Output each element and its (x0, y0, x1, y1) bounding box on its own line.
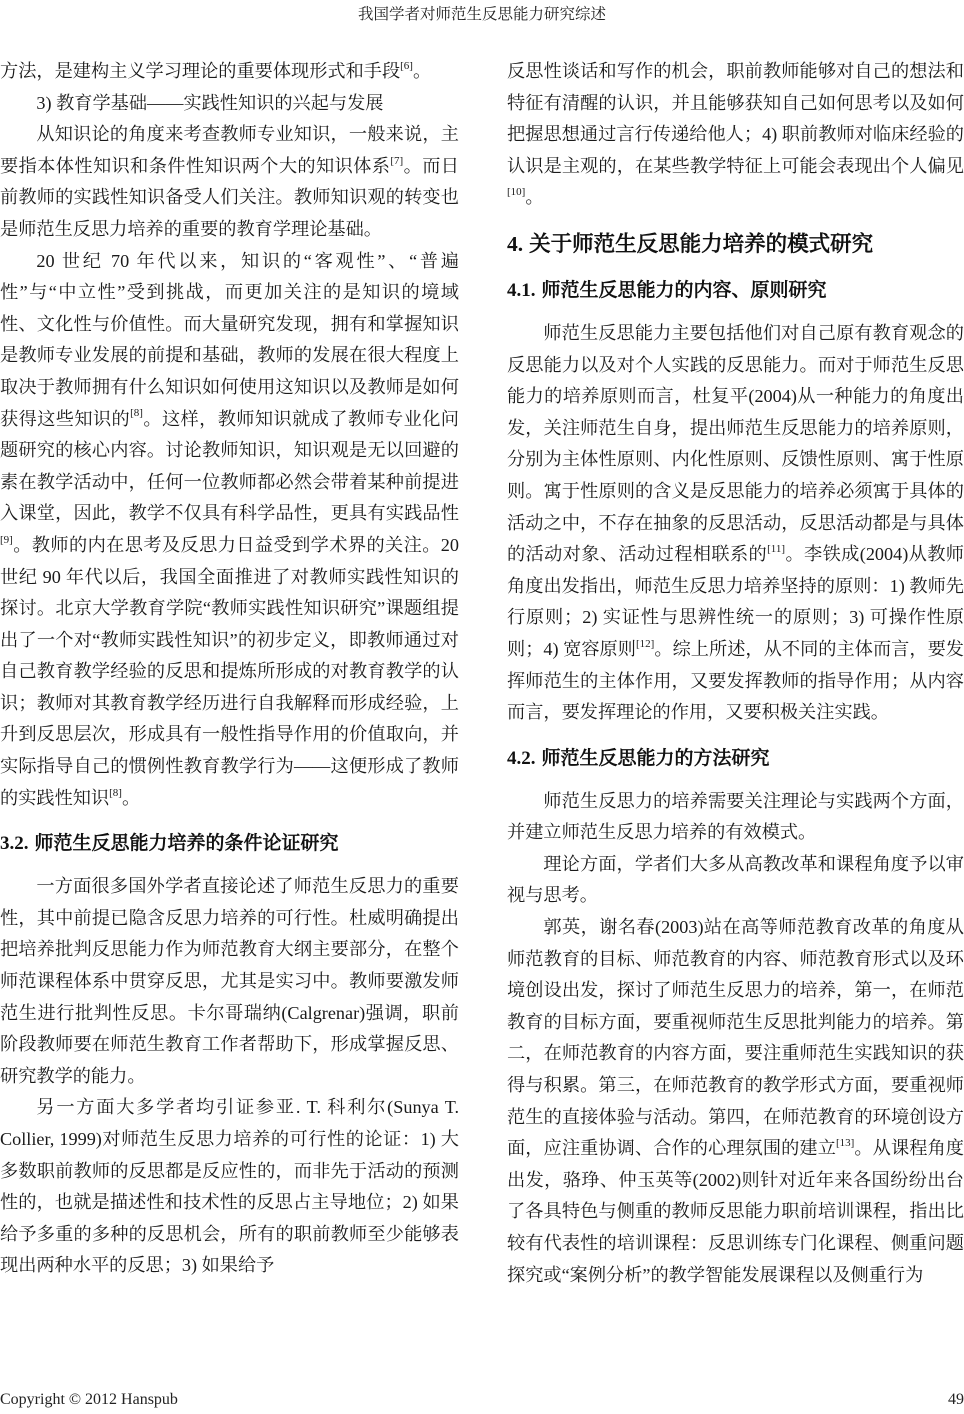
paragraph-text: 。 (525, 187, 543, 207)
section-title: 师范生反思能力的内容、原则研究 (542, 279, 827, 301)
section-heading-4-2: 4.2.师范生反思能力的方法研究 (507, 743, 964, 774)
page-number: 49 (948, 1391, 964, 1409)
section-heading-4: 4.关于师范生反思能力培养的模式研究 (507, 228, 964, 261)
citation-ref[interactable]: [10] (507, 186, 525, 198)
paragraph-text: 师范生反思能力主要包括他们对自己原有教育观念的反思能力以及对个人实践的反思能力。… (507, 323, 964, 564)
copyright-notice: Copyright © 2012 Hanspub (0, 1391, 178, 1409)
paragraph: 师范生反思能力主要包括他们对自己原有教育观念的反思能力以及对个人实践的反思能力。… (507, 318, 964, 729)
subsection-item-heading: 3) 教育学基础——实践性知识的兴起与发展 (0, 88, 459, 120)
paragraph: 师范生反思力的培养需要关注理论与实践两个方面，并建立师范生反思力培养的有效模式。 (507, 786, 964, 849)
citation-ref[interactable]: [8] (130, 407, 143, 419)
citation-ref[interactable]: [7] (390, 155, 403, 167)
paragraph-text: 反思性谈话和写作的机会，职前教师能够对自己的想法和特征有清醒的认识，并且能够获知… (507, 61, 964, 176)
paragraph-text: 从知识论的角度来考查教师专业知识，一般来说，主要指本体性知识和条件性知识两个大的… (0, 124, 459, 176)
left-column: 方法，是建构主义学习理论的重要体现形式和手段[6]。 3) 教育学基础——实践性… (0, 56, 459, 1282)
section-number: 4.1. (507, 280, 536, 301)
section-number: 4. (507, 232, 523, 256)
section-heading-4-1: 4.1.师范生反思能力的内容、原则研究 (507, 275, 964, 306)
citation-ref[interactable]: [9] (0, 534, 13, 546)
citation-ref[interactable]: [11] (767, 543, 785, 555)
citation-ref[interactable]: [6] (400, 60, 413, 72)
paragraph-text: 郭英，谢名春(2003)站在高等师范教育改革的角度从师范教育的目标、师范教育的内… (507, 917, 964, 1158)
right-column: 反思性谈话和写作的机会，职前教师能够对自己的想法和特征有清醒的认识，并且能够获知… (507, 56, 964, 1291)
paragraph: 郭英，谢名春(2003)站在高等师范教育改革的角度从师范教育的目标、师范教育的内… (507, 912, 964, 1291)
section-heading-3-2: 3.2.师范生反思能力培养的条件论证研究 (0, 828, 459, 859)
section-title: 师范生反思能力培养的条件论证研究 (35, 832, 339, 854)
paragraph-text: 。 (413, 61, 431, 81)
paragraph: 另一方面大多学者均引证参亚. T. 科利尔(Sunya T. Collier, … (0, 1092, 459, 1282)
paragraph: 方法，是建构主义学习理论的重要体现形式和手段[6]。 (0, 56, 459, 88)
paragraph-text: 。从课程角度出发，骆琤、仲玉英等(2002)则针对近年来各国纷纷出台了各具特色与… (507, 1138, 964, 1284)
citation-ref[interactable]: [8] (109, 787, 122, 799)
section-number: 3.2. (0, 833, 29, 854)
paragraph: 一方面很多国外学者直接论述了师范生反思力的重要性，其中前提已隐含反思力培养的可行… (0, 871, 459, 1092)
section-title: 师范生反思能力的方法研究 (542, 747, 770, 769)
paragraph-text: 。教师的内在思考及反思力日益受到学术界的关注。20 世纪 90 年代以后，我国全… (0, 535, 459, 808)
paragraph: 理论方面，学者们大多从高教改革和课程角度予以审视与思考。 (507, 849, 964, 912)
section-title: 关于师范生反思能力培养的模式研究 (529, 232, 873, 257)
citation-ref[interactable]: [13] (836, 1137, 854, 1149)
paragraph-text: 。 (122, 788, 140, 808)
running-header-title: 我国学者对师范生反思能力研究综述 (0, 2, 964, 24)
paragraph: 反思性谈话和写作的机会，职前教师能够对自己的想法和特征有清醒的认识，并且能够获知… (507, 56, 964, 214)
paragraph-text: 20 世纪 70 年代以来，知识的“客观性”、“普遍性”与“中立性”受到挑战，而… (0, 251, 459, 429)
section-number: 4.2. (507, 748, 536, 769)
citation-ref[interactable]: [12] (636, 638, 654, 650)
paragraph-text: 方法，是建构主义学习理论的重要体现形式和手段 (0, 61, 400, 81)
paragraph: 从知识论的角度来考查教师专业知识，一般来说，主要指本体性知识和条件性知识两个大的… (0, 119, 459, 245)
paragraph: 20 世纪 70 年代以来，知识的“客观性”、“普遍性”与“中立性”受到挑战，而… (0, 246, 459, 815)
